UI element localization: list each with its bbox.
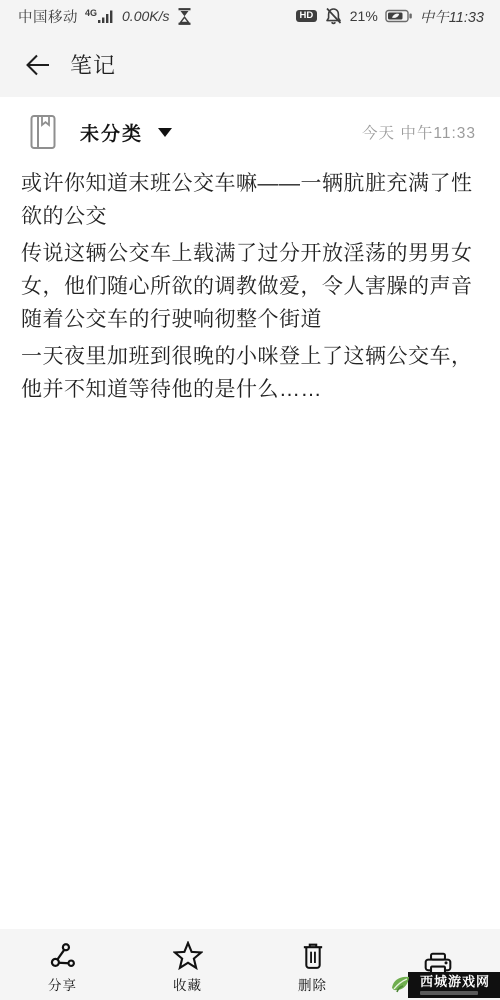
network-speed-label: 0.00K/s	[122, 8, 169, 24]
share-icon	[49, 942, 77, 970]
site-watermark: 西城游戏网	[388, 971, 500, 998]
status-bar-right: HD 21% 中午11:33	[296, 6, 484, 27]
note-paragraph: 或许你知道末班公交车嘛——一辆肮脏充满了性欲的公交	[21, 167, 475, 233]
battery-percent-label: 21%	[350, 8, 378, 24]
favorite-button[interactable]: 收藏	[125, 929, 250, 1000]
note-paragraph: 传说这辆公交车上载满了过分开放淫荡的男男女女，他们随心所欲的调教做爱，令人害臊的…	[21, 237, 475, 336]
delete-button[interactable]: 删除	[250, 929, 375, 1000]
notebook-icon	[28, 113, 58, 151]
category-label: 未分类	[80, 119, 143, 146]
arrow-left-icon	[24, 52, 52, 78]
page-title: 笔记	[70, 49, 116, 80]
leaf-logo-icon	[388, 972, 414, 998]
note-paragraph: 一天夜里加班到很晚的小咪登上了这辆公交车，他并不知道等待他的是什么……	[21, 340, 475, 406]
star-icon	[173, 941, 203, 970]
watermark-text: 西城游戏网	[420, 975, 490, 989]
trash-icon	[300, 942, 326, 970]
delete-label: 删除	[298, 974, 327, 994]
status-bar: 中国移动 4G 0.00K/s HD	[0, 0, 500, 32]
note-meta-row: 未分类 今天 中午11:33	[0, 97, 500, 151]
battery-icon	[385, 9, 413, 23]
hourglass-icon	[177, 8, 192, 25]
note-body[interactable]: 或许你知道末班公交车嘛——一辆肮脏充满了性欲的公交 传说这辆公交车上载满了过分开…	[0, 151, 500, 406]
share-label: 分享	[48, 974, 77, 994]
category-selector[interactable]: 未分类	[28, 113, 172, 151]
signal-icon: 4G	[85, 9, 115, 23]
network-type-label: 4G	[85, 8, 97, 18]
favorite-label: 收藏	[173, 974, 202, 994]
hd-volte-icon: HD	[296, 10, 317, 23]
share-button[interactable]: 分享	[0, 929, 125, 1000]
notes-app-screen: 中国移动 4G 0.00K/s HD	[0, 0, 500, 1000]
watermark-box: 西城游戏网	[408, 972, 500, 998]
watermark-subtext-line	[420, 991, 478, 995]
note-timestamp: 今天 中午11:33	[362, 121, 476, 143]
header: 笔记	[0, 32, 500, 97]
bell-muted-icon	[324, 7, 343, 25]
chevron-down-icon	[158, 128, 172, 137]
status-time-label: 中午11:33	[420, 6, 484, 27]
carrier-label: 中国移动	[18, 6, 78, 27]
back-button[interactable]	[24, 50, 54, 80]
status-bar-left: 中国移动 4G 0.00K/s	[18, 6, 192, 27]
